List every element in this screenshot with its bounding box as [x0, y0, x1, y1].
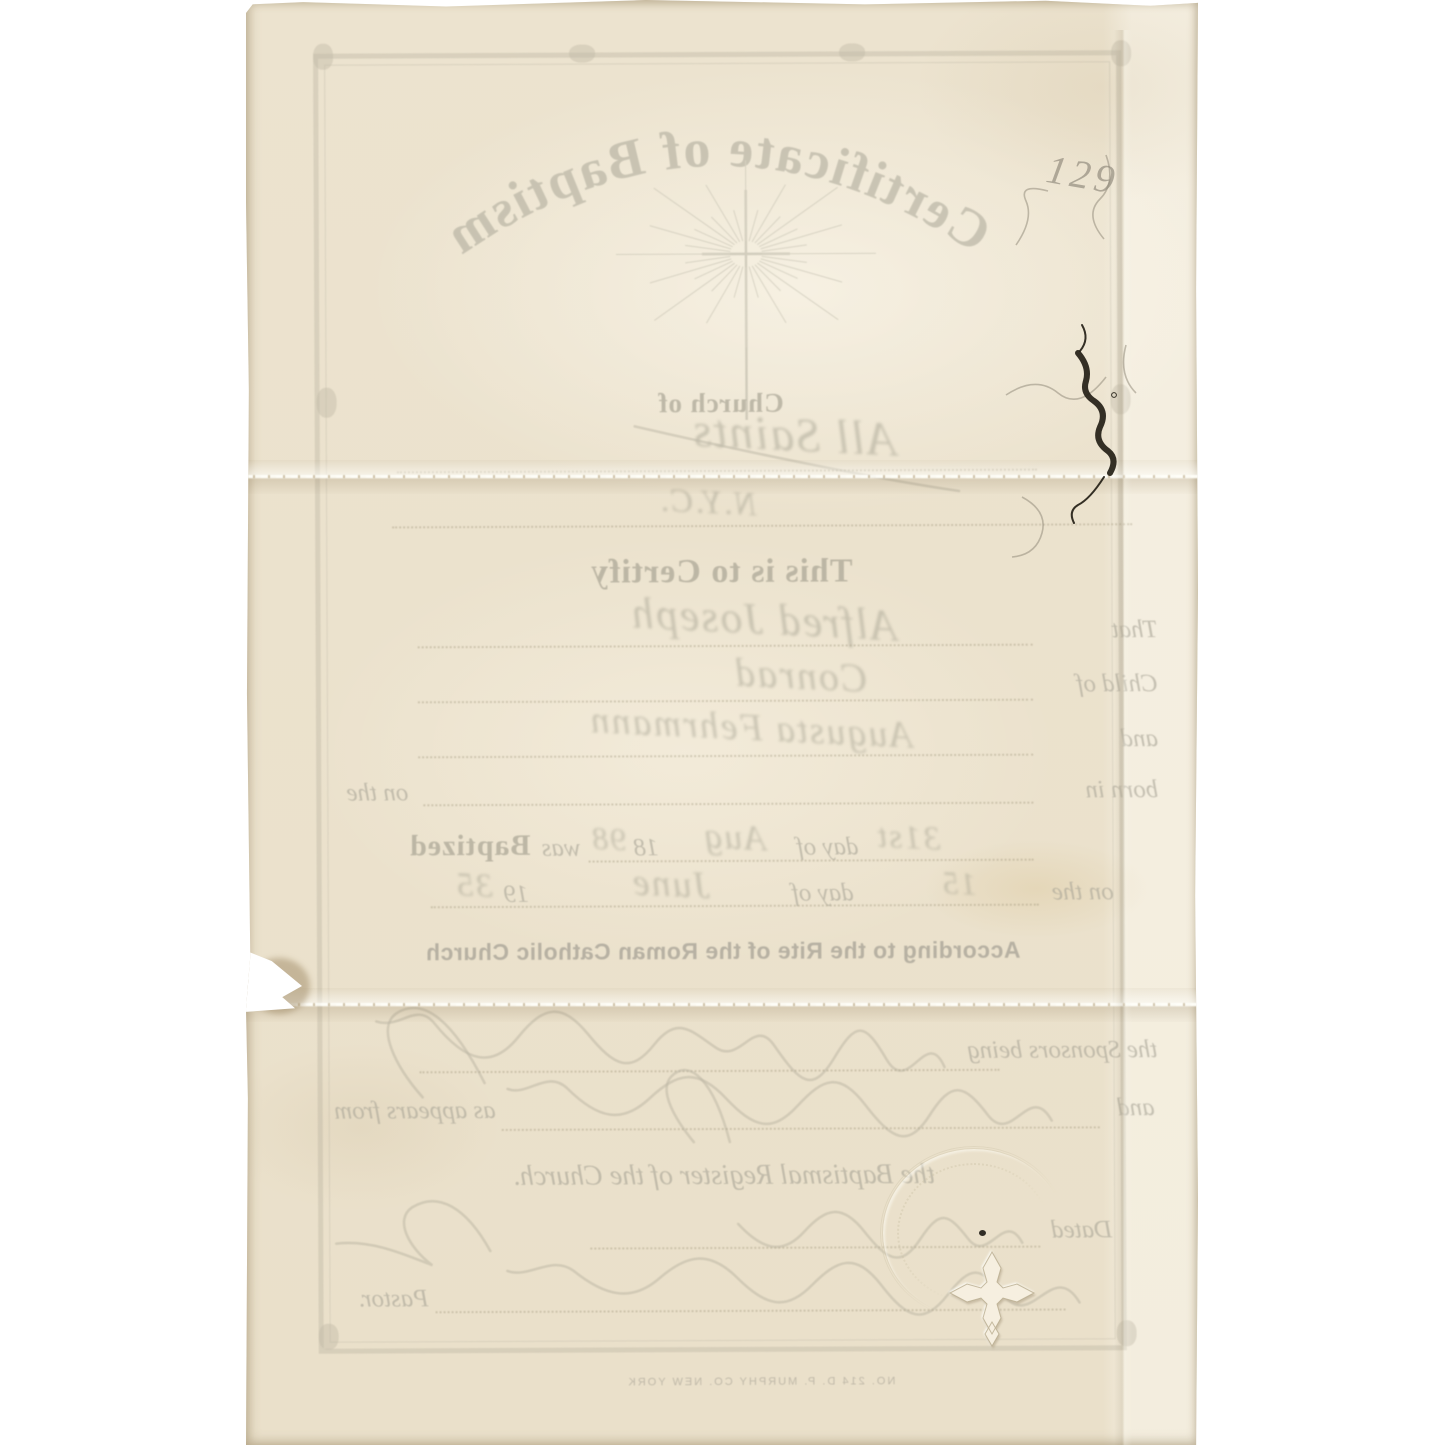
handwritten-church-city: N.Y.C. — [658, 482, 758, 525]
handwritten-birth-month: Aug — [702, 814, 768, 859]
rite-statement: According to the Rite of the Roman Catho… — [247, 936, 1199, 967]
handwritten-father-name: Conrad — [732, 648, 868, 701]
handwritten-sponsor-two — [499, 1057, 1059, 1149]
handwritten-baptism-day: 15 — [940, 864, 978, 903]
field-label-on-the-2: on the — [1052, 878, 1114, 906]
field-label-on-the: on the — [346, 779, 408, 807]
field-label-baptized: Baptized — [409, 829, 530, 864]
register-statement: the Baptismal Register of the Church. — [248, 1158, 1200, 1194]
field-label-day-of-2: day of — [792, 879, 854, 907]
handwritten-baptism-month: June — [630, 860, 712, 908]
field-label-day-of: day of — [797, 833, 859, 861]
ink-speck — [979, 1230, 986, 1236]
field-label-as-appears-from: as appears from — [334, 1097, 496, 1126]
field-label-was: was — [542, 835, 581, 863]
field-label-century-baptism: 19 — [504, 881, 529, 909]
frame-mid-ornament — [839, 43, 865, 61]
handwritten-birth-year: 98 — [590, 820, 628, 859]
handwritten-birth-day: 31st — [875, 818, 941, 859]
annotation-marks: 129 — [986, 95, 1226, 565]
field-label-century-birth: 18 — [633, 834, 658, 862]
field-label-pastor: Pastor. — [358, 1285, 428, 1313]
handwritten-baptism-year: 35 — [454, 866, 494, 906]
frame-corner-ornament — [313, 44, 333, 70]
printer-imprint: NO. 214 D. P. MURPHY CO. NEW YORK — [321, 1374, 1201, 1390]
frame-corner-ornament — [319, 1324, 339, 1350]
scanned-document: Certificate of Baptism Church of All Sai… — [0, 0, 1445, 1445]
embossed-cross — [940, 1248, 1044, 1360]
frame-mid-ornament — [569, 45, 595, 63]
paper-sheet: Certificate of Baptism Church of All Sai… — [246, 0, 1198, 1445]
